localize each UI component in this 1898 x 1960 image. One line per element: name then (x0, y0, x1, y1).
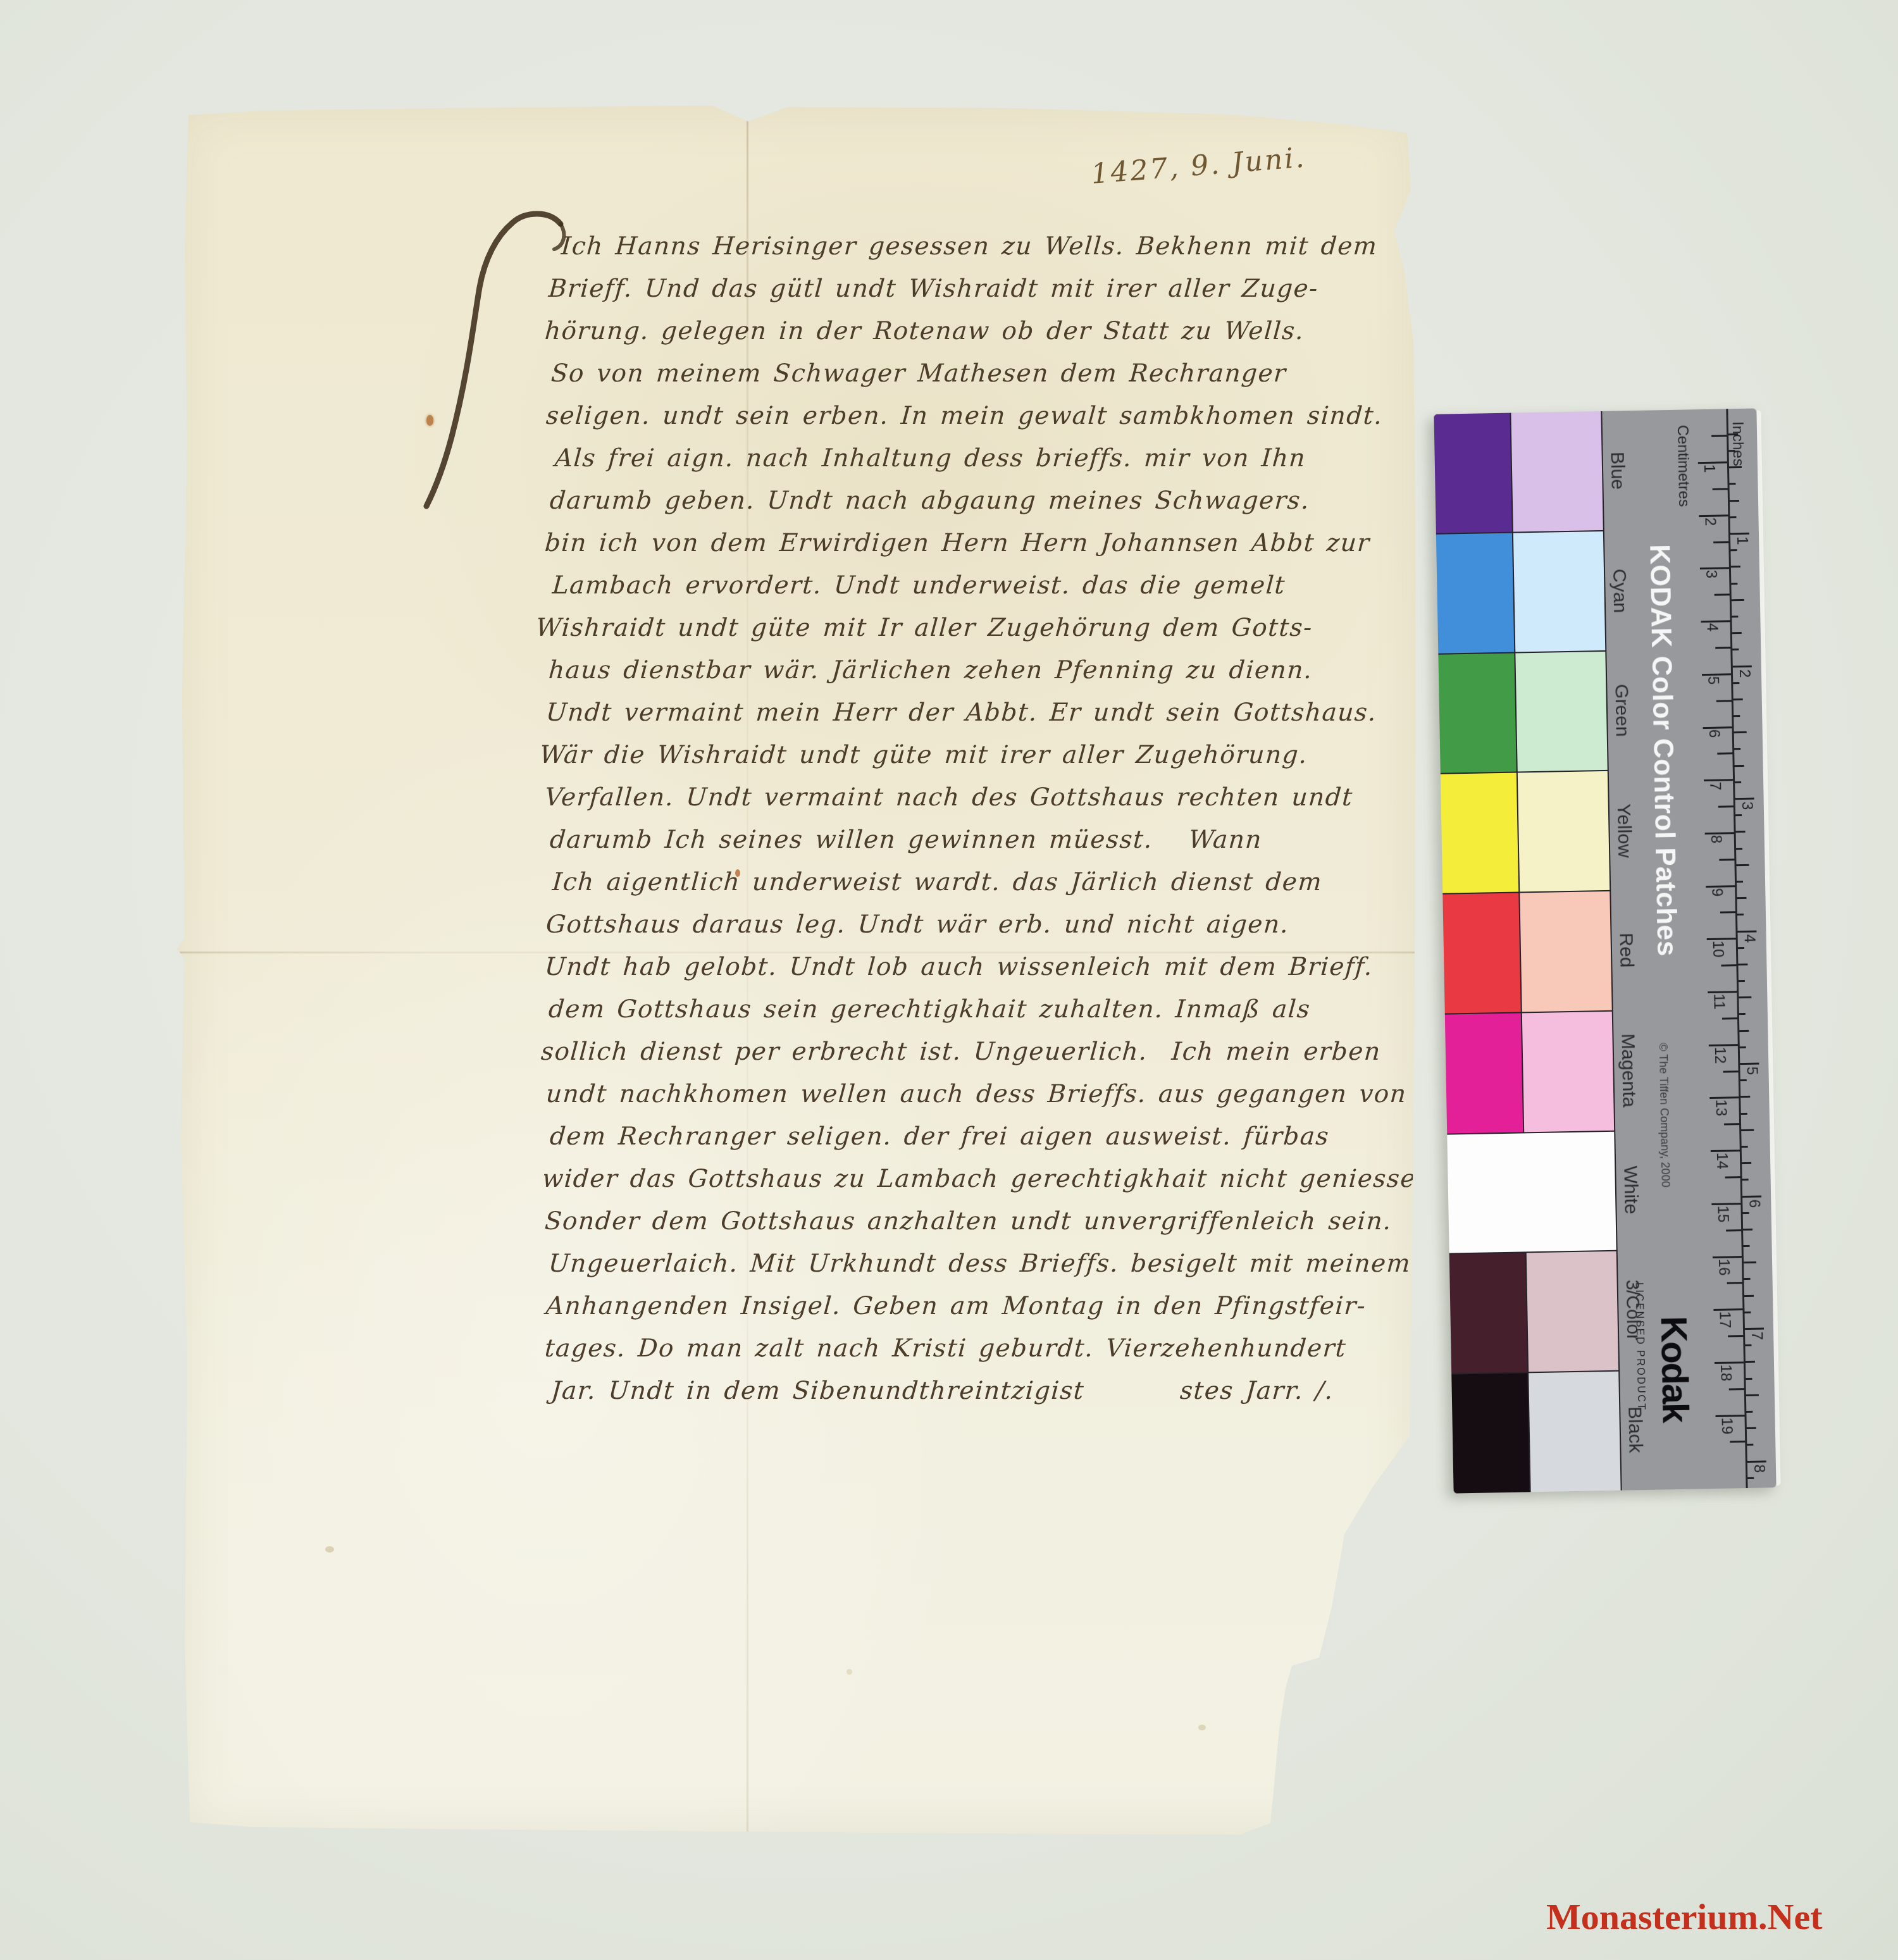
ruler-tick-inch-minor (1739, 1029, 1749, 1031)
manuscript-line: Undt vermaint mein Herr der Abbt. Er und… (545, 692, 1318, 734)
ruler-tick-cm-half (1726, 1229, 1741, 1231)
foxing-spot (847, 1669, 852, 1675)
patch-cell-magenta-pastel (1522, 1012, 1614, 1132)
ruler-tick-cm (1706, 885, 1735, 888)
ruler-tick-inch-minor (1744, 1294, 1754, 1296)
strip-title: KODAK Color Control Patches (1644, 544, 1683, 1038)
ruler-tick-inch (1740, 1063, 1759, 1065)
patch-cell-black-solid (1451, 1374, 1529, 1494)
ruler-tick-inch-minor (1742, 1146, 1748, 1148)
ruler-tick-cm-half (1716, 700, 1732, 702)
manuscript-line: Undt hab gelobt. Undt lob auch wissenlei… (543, 946, 1318, 988)
strip-label-bar: KODAK Color Control Patches © The Tiffen… (1602, 408, 1776, 1490)
ruler-tick-inch-minor (1738, 947, 1744, 949)
ruler-tick-inch-minor (1730, 549, 1737, 551)
ruler-tick-cm-half (1727, 1282, 1742, 1284)
ruler-tick-inch-minor (1742, 1162, 1751, 1164)
ruler-tick-cm-half (1715, 647, 1730, 648)
color-name-label: Cyan (1608, 531, 1630, 651)
manuscript-line: Sonder dem Gottshaus anzhalten undt unve… (543, 1200, 1318, 1243)
document-paper: 1427, 9. Juni. Ich Hanns Herisinger gese… (175, 101, 1420, 1840)
manuscript-line: So von meinem Schwager Mathesen dem Rech… (550, 352, 1318, 395)
manuscript-line: Als frei aign. nach Inhaltung dess brief… (554, 437, 1318, 480)
ruler-tick-inch-minor (1744, 1312, 1751, 1313)
ruler-tick-inch-minor (1734, 715, 1740, 717)
ruler-tick-inch-minor (1735, 814, 1742, 816)
ruler-tick-inch-minor (1734, 698, 1743, 700)
ruler-tick-cm (1711, 1150, 1740, 1152)
manuscript-line: seligen. undt sein erben. In mein gewalt… (545, 395, 1318, 437)
manuscript-line: Gottshaus daraus leg. Undt wär erb. und … (545, 903, 1318, 946)
patch-cell-yellow-pastel (1518, 771, 1610, 891)
ruler-tick-inch-minor (1744, 1245, 1750, 1247)
ruler-tick-inch-minor (1739, 996, 1751, 998)
ruler-tick-inch-minor (1731, 566, 1740, 568)
ruler-tick-inch-minor (1729, 483, 1735, 485)
patch-cell-3/color-solid (1449, 1253, 1527, 1374)
ruler-tick-inch-minor (1746, 1394, 1759, 1396)
ruler-tick-inch (1747, 1460, 1766, 1463)
patch-cell-black-pastel (1529, 1372, 1620, 1492)
patch-cell-3/color-pastel (1527, 1251, 1618, 1372)
ruler-tick-inch-minor (1731, 583, 1737, 585)
ruler-tick-inch-minor (1740, 1046, 1746, 1048)
patch-grid (1434, 411, 1622, 1494)
ruler-tick-inch-minor (1745, 1344, 1751, 1346)
color-name-label: Red (1615, 890, 1637, 1010)
manuscript-line: wider das Gottshaus zu Lambach gerechtig… (541, 1158, 1318, 1200)
patch-cell-blue-pastel (1511, 411, 1603, 531)
ruler-tick-inch (1735, 798, 1754, 800)
ruler-tick-inch-minor (1734, 731, 1747, 733)
color-name-label: Yellow (1613, 771, 1635, 891)
ruler-tick-inch-minor (1747, 1427, 1756, 1429)
scan-background: { "document_scan": { "date_annotation": … (0, 0, 1898, 1960)
centimetres-label: Centimetres (1673, 425, 1693, 545)
patch-cell-cyan-pastel (1513, 531, 1605, 652)
ruler-tick-inch-minor (1730, 516, 1736, 518)
ruler-tick-cm-half (1718, 805, 1734, 807)
ruler-tick-inch-minor (1732, 599, 1744, 601)
ruler-tick-cm-half (1728, 1335, 1743, 1337)
ruler-tick-inch-minor (1729, 466, 1742, 468)
ruler-tick-cm (1699, 514, 1728, 517)
ruler-tick-inch-minor (1732, 632, 1742, 634)
ruler-tick-cm (1703, 726, 1732, 729)
manuscript-line: hörung. gelegen in der Rotenaw ob der St… (543, 310, 1318, 352)
ruler-tick-inch-minor (1732, 616, 1738, 617)
ruler-tick-cm (1698, 461, 1727, 464)
color-name-label: Magenta (1617, 1010, 1639, 1131)
manuscript-line: Anhangenden Insigel. Geben am Montag in … (545, 1285, 1318, 1327)
ruler-tick-cm-half (1722, 1017, 1737, 1019)
color-name-label: Black (1623, 1370, 1646, 1490)
ruler-tick-cm-half (1713, 488, 1728, 490)
manuscript-line: darumb geben. Undt nach abgaung meines S… (549, 480, 1318, 522)
manuscript-line: Brieff. Und das gütl undt Wishraidt mit … (547, 268, 1318, 310)
foxing-spot (1198, 1725, 1206, 1730)
manuscript-line: haus dienstbar wär. Järlichen zehen Pfen… (547, 649, 1318, 692)
patch-cell-red-pastel (1520, 891, 1611, 1012)
ruler-tick-inch-minor (1737, 864, 1749, 866)
ruler-tick-inch-minor (1736, 848, 1742, 850)
ruler-tick-inch-minor (1735, 765, 1744, 767)
ruler-tick-inch-minor (1737, 881, 1743, 883)
ruler-tick-inch-minor (1736, 831, 1746, 833)
archivist-date-annotation: 1427, 9. Juni. (1090, 135, 1383, 190)
ruler-tick-inch-minor (1733, 682, 1739, 684)
patch-cell-green-pastel (1515, 651, 1607, 771)
ruler-tick-inch-minor (1737, 897, 1746, 899)
patch-cell-white (1447, 1131, 1616, 1253)
ruler-tick-inch-minor (1746, 1361, 1755, 1363)
color-name-label: 3/Color (1622, 1250, 1644, 1370)
manuscript-line: tages. Do man zalt nach Kristi geburdt. … (543, 1327, 1318, 1370)
manuscript-line: undt nachkhomen wellen auch dess Brieffs… (545, 1073, 1318, 1115)
ruler-tick-inch (1733, 665, 1752, 667)
tiffen-copyright: © The Tiffen Company, 2000 (1657, 1043, 1674, 1270)
patch-cell-yellow-solid (1441, 773, 1518, 893)
ruler-tick-inch-minor (1746, 1411, 1752, 1413)
ruler-tick-inch-minor (1740, 1096, 1750, 1098)
ruler-tick-inch (1742, 1195, 1761, 1198)
manuscript-line: Verfallen. Undt vermaint nach des Gottsh… (543, 776, 1318, 819)
ruler-tick-inch-minor (1741, 1129, 1754, 1131)
ruler-tick-inch-minor (1728, 433, 1738, 435)
ruler-tick-cm (1715, 1415, 1744, 1417)
manuscript-line: dem Rechranger seligen. der frei aigen a… (549, 1115, 1318, 1158)
inches-label: Inches (1729, 421, 1747, 491)
patch-cell-magenta-solid (1445, 1013, 1523, 1133)
ruler-tick-inch-minor (1737, 914, 1744, 915)
manuscript-text: Ich Hanns Herisinger gesessen zu Wells. … (545, 225, 1317, 1412)
ruler-tick-cm-half (1713, 541, 1728, 543)
ruler-tick-inch-minor (1729, 450, 1735, 452)
ruler-tick-cm-half (1715, 594, 1730, 596)
patch-cell-green-solid (1438, 653, 1516, 773)
ruler-tick-inch-minor (1742, 1179, 1749, 1181)
color-name-label: Green (1610, 650, 1632, 771)
manuscript-line: darumb Ich seines willen gewinnen müesst… (549, 819, 1318, 861)
ruler-tick-inch-minor (1743, 1212, 1749, 1214)
manuscript-line: Lambach ervordert. Undt underweist. das … (551, 564, 1318, 607)
ruler-tick-inch (1737, 930, 1756, 933)
kodak-color-strip: KODAK Color Control Patches © The Tiffen… (1434, 408, 1776, 1493)
ruler-tick-cm-half (1725, 1176, 1740, 1178)
ruler-tick-cm (1701, 620, 1730, 623)
ruler-tick-inch (1730, 533, 1749, 535)
ruler-tick-cm-half (1729, 1388, 1744, 1390)
color-name-label: White (1619, 1130, 1641, 1250)
ruler-tick-inch-minor (1735, 781, 1741, 783)
patch-cell-red-solid (1442, 893, 1520, 1014)
ruler-tick-inch-minor (1746, 1377, 1752, 1379)
foxing-spot (325, 1546, 334, 1553)
patch-cell-cyan-solid (1436, 533, 1514, 653)
ruler-tick-cm-half (1711, 435, 1727, 437)
ruler-tick-cm-half (1730, 1441, 1745, 1443)
ruler-tick-cm (1715, 1361, 1744, 1364)
manuscript-line: Jar. Undt in dem Sibenundthreintzigist s… (550, 1370, 1318, 1412)
manuscript-line: Ungeuerlaich. Mit Urkhundt dess Brieffs.… (547, 1243, 1318, 1285)
ruler-tick-inch (1745, 1328, 1764, 1330)
manuscript-line: Ich aigentlich underweist wardt. das Jär… (551, 861, 1318, 903)
kodak-logo: Kodak (1653, 1316, 1696, 1462)
ruler-tick-cm-half (1719, 859, 1734, 860)
ruler-tick-inch-minor (1738, 964, 1747, 965)
ruler-tick-cm (1702, 673, 1731, 676)
ruler-tick-cm-half (1723, 1070, 1738, 1072)
manuscript-line: Ich Hanns Herisinger gesessen zu Wells. … (560, 225, 1318, 268)
ruler-tick-cm-half (1721, 964, 1736, 966)
ruler-tick-cm-half (1717, 753, 1732, 755)
ruler-tick-cm (1713, 1256, 1742, 1258)
ruler-tick-cm-half (1720, 912, 1735, 914)
manuscript-line: bin ich von dem Erwirdigen Hern Hern Joh… (543, 522, 1318, 564)
ruler-tick-inch-minor (1740, 1079, 1747, 1081)
ruler-tick-inch-minor (1744, 1262, 1756, 1263)
ruler-tick-inch-minor (1739, 1013, 1746, 1015)
ruler-tick-inch-minor (1734, 748, 1740, 750)
patch-cell-blue-solid (1434, 413, 1511, 533)
ruler-tick-inch-minor (1747, 1444, 1753, 1446)
ruler-tick-cm (1711, 1203, 1740, 1205)
ruler-tick-inch-minor (1730, 500, 1739, 502)
ruler-tick-inch-minor (1744, 1278, 1751, 1280)
ruler-tick-cm (1709, 1044, 1738, 1046)
ruler-tick-inch-minor (1741, 1112, 1747, 1114)
manuscript-line: Wishraidt undt güte mit Ir aller Zugehör… (535, 607, 1318, 649)
monasterium-watermark: Monasterium.Net (1546, 1897, 1823, 1937)
ruler-tick-cm (1705, 832, 1734, 834)
manuscript-line: dem Gottshaus sein gerechtigkhait zuhalt… (547, 988, 1318, 1031)
ruler-tick-cm-half (1724, 1123, 1739, 1125)
color-name-label: Blue (1606, 411, 1628, 531)
ruler-tick-inch-minor (1739, 980, 1745, 982)
ruler-tick-inch-minor (1743, 1229, 1752, 1231)
ruler-tick-inch-minor (1747, 1477, 1754, 1479)
ruler-tick-inch-minor (1732, 648, 1739, 650)
ruler-tick-cm (1708, 991, 1737, 993)
manuscript-line: sollich dienst per erbrecht ist. Ungeuer… (540, 1031, 1318, 1073)
manuscript-line: Wär die Wishraidt undt güte mit irer all… (538, 734, 1318, 776)
